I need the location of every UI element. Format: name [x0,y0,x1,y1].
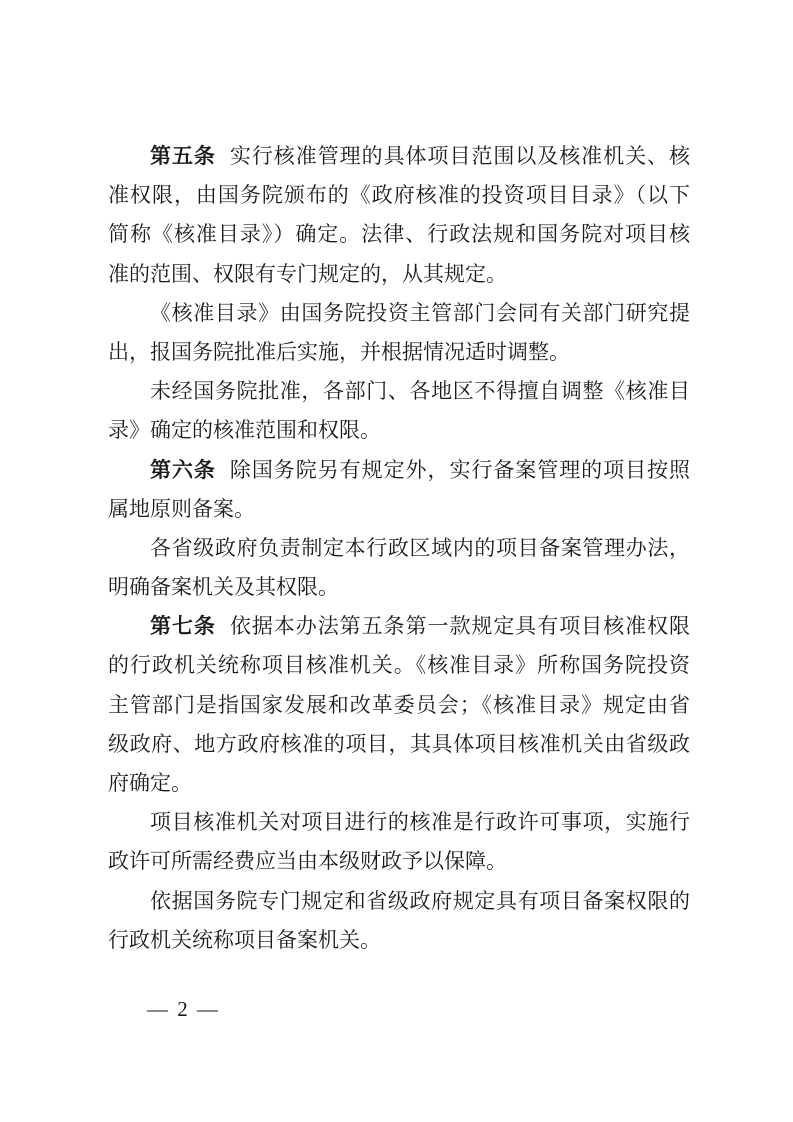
text-line: 府确定。 [108,764,690,803]
text-line: 明确备案机关及其权限。 [108,568,690,607]
page-number: — 2 — [147,997,220,1022]
text-line: 政许可所需经费应当由本级财政予以保障。 [108,842,690,881]
text-line: 录》确定的核准范围和权限。 [108,411,690,450]
text-line: 属地原则备案。 [108,490,690,529]
text-line: 主管部门是指国家发展和改革委员会；《核准目录》规定由省 [108,686,690,725]
text-line: 第五条实行核准管理的具体项目范围以及核准机关、核 [108,137,690,176]
article-heading: 第七条 [150,614,216,638]
text-line: 准权限，由国务院颁布的《政府核准的投资项目目录》（以下 [108,176,690,215]
paragraph: 《核准目录》由国务院投资主管部门会同有关部门研究提 出，报国务院批准后实施，并根… [108,294,690,372]
text-line: 行政机关统称项目备案机关。 [108,921,690,960]
article-heading: 第五条 [150,144,216,168]
text-line: 级政府、地方政府核准的项目，其具体项目核准机关由省级政 [108,725,690,764]
document-body: 第五条实行核准管理的具体项目范围以及核准机关、核 准权限，由国务院颁布的《政府核… [108,137,690,960]
text-line: 的行政机关统称项目核准机关。《核准目录》所称国务院投资 [108,646,690,685]
article-7: 第七条依据本办法第五条第一款规定具有项目核准权限 的行政机关统称项目核准机关。《… [108,607,690,803]
text-line: 简称《核准目录》）确定。法律、行政法规和国务院对项目核 [108,215,690,254]
text-line: 第七条依据本办法第五条第一款规定具有项目核准权限 [108,607,690,646]
text-line: 各省级政府负责制定本行政区域内的项目备案管理办法， [108,529,690,568]
paragraph: 各省级政府负责制定本行政区域内的项目备案管理办法， 明确备案机关及其权限。 [108,529,690,607]
paragraph: 依据国务院专门规定和省级政府规定具有项目备案权限的 行政机关统称项目备案机关。 [108,882,690,960]
text-line: 《核准目录》由国务院投资主管部门会同有关部门研究提 [108,294,690,333]
paragraph: 项目核准机关对项目进行的核准是行政许可事项，实施行 政许可所需经费应当由本级财政… [108,803,690,881]
text-line: 未经国务院批准，各部门、各地区不得擅自调整《核准目 [108,372,690,411]
paragraph: 未经国务院批准，各部门、各地区不得擅自调整《核准目 录》确定的核准范围和权限。 [108,372,690,450]
article-6: 第六条除国务院另有规定外，实行备案管理的项目按照 属地原则备案。 [108,451,690,529]
article-5: 第五条实行核准管理的具体项目范围以及核准机关、核 准权限，由国务院颁布的《政府核… [108,137,690,294]
text-line: 出，报国务院批准后实施，并根据情况适时调整。 [108,333,690,372]
article-heading: 第六条 [150,458,216,482]
document-page: 第五条实行核准管理的具体项目范围以及核准机关、核 准权限，由国务院颁布的《政府核… [0,0,793,1122]
text-line: 项目核准机关对项目进行的核准是行政许可事项，实施行 [108,803,690,842]
text-line: 准的范围、权限有专门规定的，从其规定。 [108,255,690,294]
text-line: 依据国务院专门规定和省级政府规定具有项目备案权限的 [108,882,690,921]
text-line: 第六条除国务院另有规定外，实行备案管理的项目按照 [108,451,690,490]
